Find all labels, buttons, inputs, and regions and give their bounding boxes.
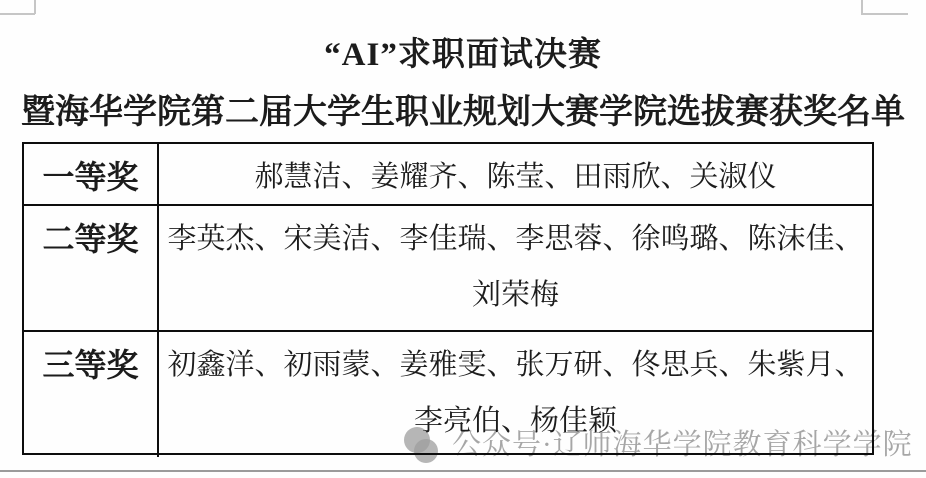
winner-names-line: 李亮伯、杨佳颖 — [159, 393, 872, 449]
page-boundary-mark-top-left-v — [34, 0, 36, 14]
winner-names-line: 刘荣梅 — [159, 267, 872, 323]
prize-label-third: 三等奖 — [24, 330, 159, 457]
winner-names-line: 郝慧洁、姜耀齐、陈莹、田雨欣、关淑仪 — [159, 149, 872, 204]
award-table: 一等奖 郝慧洁、姜耀齐、陈莹、田雨欣、关淑仪 二等奖 李英杰、宋美洁、李佳瑞、李… — [22, 142, 874, 455]
document-title-line1: “AI”求职面试决赛 — [0, 28, 926, 75]
prize-label-second: 二等奖 — [24, 204, 159, 330]
winners-second-prize: 李英杰、宋美洁、李佳瑞、李思蓉、徐鸣璐、陈沫佳、 刘荣梅 — [159, 204, 872, 330]
page-boundary-mark-bottom — [0, 470, 926, 472]
winner-names-line: 初鑫洋、初雨蒙、姜雅雯、张万研、佟思兵、朱紫月、 — [159, 337, 872, 393]
page-boundary-mark-top-left-h — [0, 13, 35, 15]
winners-third-prize: 初鑫洋、初雨蒙、姜雅雯、张万研、佟思兵、朱紫月、 李亮伯、杨佳颖 — [159, 330, 872, 457]
prize-label-first: 一等奖 — [24, 144, 159, 204]
page-boundary-mark-top-right-v — [861, 0, 863, 14]
page-boundary-mark-top-right-h — [861, 13, 908, 15]
winner-names-line: 李英杰、宋美洁、李佳瑞、李思蓉、徐鸣璐、陈沫佳、 — [159, 211, 872, 267]
document-title-line2: 暨海华学院第二届大学生职业规划大赛学院选拔赛获奖名单 — [0, 84, 926, 133]
winners-first-prize: 郝慧洁、姜耀齐、陈莹、田雨欣、关淑仪 — [159, 144, 872, 204]
document-page: “AI”求职面试决赛 暨海华学院第二届大学生职业规划大赛学院选拔赛获奖名单 公众… — [0, 0, 926, 478]
